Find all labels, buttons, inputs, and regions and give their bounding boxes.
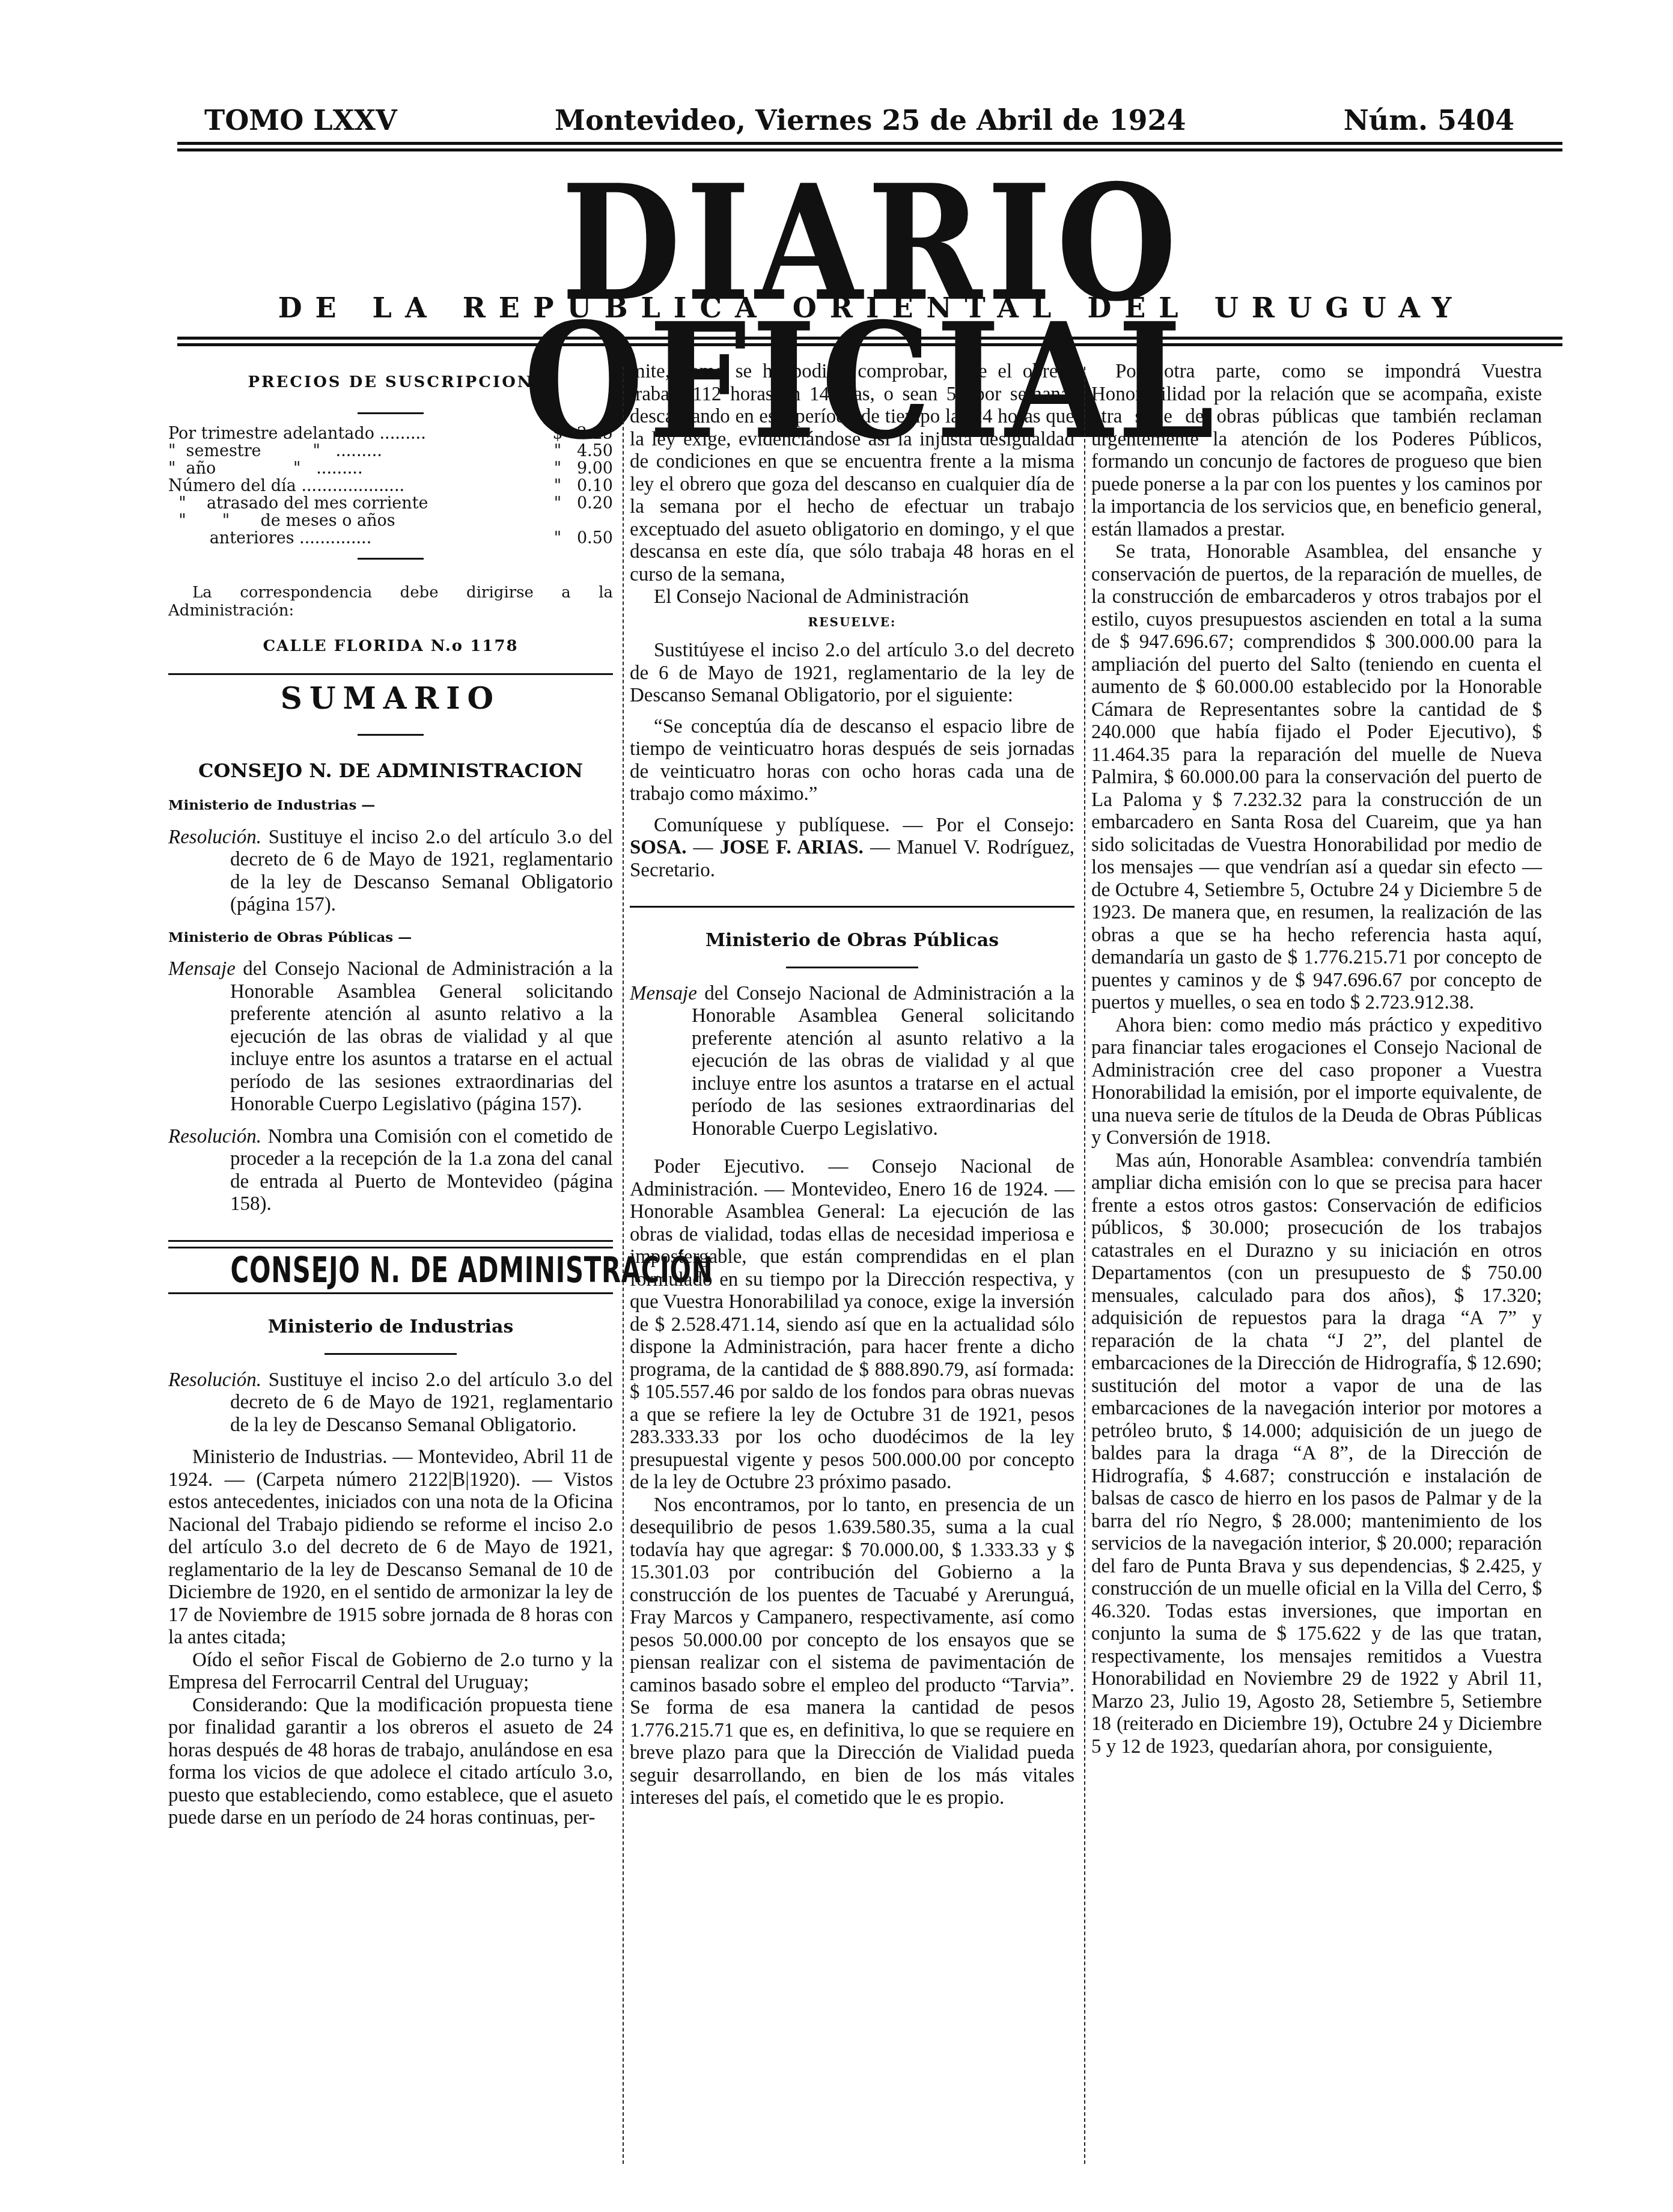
issue-number: Núm. 5404 xyxy=(1344,104,1514,136)
divider xyxy=(168,1247,613,1248)
divider xyxy=(325,1353,457,1355)
ministry-heading: Ministerio de Industrias xyxy=(168,1316,613,1339)
quoted-text: “Se conceptúa día de descanso el espacio… xyxy=(630,716,1074,806)
body-paragraph: Mas aún, Honorable Asamblea: convendría … xyxy=(1091,1150,1542,1759)
sumario-entry[interactable]: Resolución. Sustituye el inciso 2.o del … xyxy=(168,826,613,917)
price-row: " año " ........."9.00 xyxy=(168,460,613,477)
resolution-summary: Resolución. Sustituye el inciso 2.o del … xyxy=(168,1369,613,1437)
column-3: Por otra parte, como se impondrá Vuestra… xyxy=(1091,361,1542,1758)
signature-block: Comuníquese y publíquese. — Por el Conse… xyxy=(630,814,1074,882)
correspondence-note: La correspondencia debe dirigirse a la A… xyxy=(168,584,613,620)
body-paragraph: Ministerio de Industrias. — Montevideo, … xyxy=(168,1446,613,1649)
section-banner: CONSEJO N. DE ADMINISTRACIÓN xyxy=(231,1259,551,1282)
prices-table: Por trimestre adelantado .........$2.25 … xyxy=(168,425,613,547)
body-paragraph: Sustitúyese el inciso 2.o del artículo 3… xyxy=(630,640,1074,707)
divider xyxy=(168,1292,613,1294)
issue-date: Montevideo, Viernes 25 de Abril de 1924 xyxy=(555,104,1186,136)
body-paragraph: El Consejo Nacional de Administración xyxy=(630,586,1074,609)
divider xyxy=(358,734,424,736)
divider xyxy=(786,967,918,968)
header-rule-bottom xyxy=(177,337,1562,346)
sumario-entry[interactable]: Mensaje del Consejo Nacional de Administ… xyxy=(168,958,613,1116)
column-1: PRECIOS DE SUSCRIPCION Por trimestre ade… xyxy=(168,361,613,1830)
column-2: mite, como se ha podido comprobar, que e… xyxy=(630,361,1074,1810)
column-divider xyxy=(1084,367,1085,2164)
price-row: " " de meses o años xyxy=(168,512,613,530)
body-paragraph: Nos encontramos, por lo tanto, en presen… xyxy=(630,1494,1074,1810)
body-paragraph: Oído el señor Fiscal de Gobierno de 2.o … xyxy=(168,1649,613,1694)
resuelve-heading: RESUELVE: xyxy=(630,611,1074,634)
body-paragraph: Por otra parte, como se impondrá Vuestra… xyxy=(1091,361,1542,541)
price-row: " atrasado del mes corriente"0.20 xyxy=(168,495,613,512)
price-row: anteriores .............."0.50 xyxy=(168,530,613,547)
masthead-subtitle: DE LA REPUBLICA ORIENTAL DEL URUGUAY xyxy=(204,292,1538,324)
issue-header: TOMO LXXV Montevideo, Viernes 25 de Abri… xyxy=(204,96,1514,144)
price-row: " semestre " ........."4.50 xyxy=(168,442,613,460)
ministry-heading: Ministerio de Obras Públicas xyxy=(630,929,1074,952)
address: CALLE FLORIDA N.o 1178 xyxy=(168,635,613,658)
body-paragraph: mite, como se ha podido comprobar, que e… xyxy=(630,361,1074,586)
sumario-title: SUMARIO xyxy=(168,687,613,710)
sumario-entry[interactable]: Resolución. Nombra una Comisión con el c… xyxy=(168,1126,613,1216)
sumario-ministry-heading: Ministerio de Industrias — xyxy=(168,794,613,817)
body-paragraph: Considerando: Que la modificación propue… xyxy=(168,1694,613,1830)
sumario-org-heading: CONSEJO N. DE ADMINISTRACION xyxy=(168,760,613,783)
divider xyxy=(358,558,424,560)
prices-title: PRECIOS DE SUSCRIPCION xyxy=(168,371,613,394)
divider xyxy=(358,412,424,414)
divider xyxy=(630,906,1074,908)
price-row: Por trimestre adelantado .........$2.25 xyxy=(168,425,613,442)
body-paragraph: Se trata, Honorable Asamblea, del ensanc… xyxy=(1091,541,1542,1015)
sumario-ministry-heading: Ministerio de Obras Públicas — xyxy=(168,926,613,949)
body-paragraph: Poder Ejecutivo. — Consejo Nacional de A… xyxy=(630,1156,1074,1494)
volume-label: TOMO LXXV xyxy=(204,104,397,136)
message-summary: Mensaje del Consejo Nacional de Administ… xyxy=(630,983,1074,1141)
price-row: Número del día ...................."0.10 xyxy=(168,477,613,495)
divider xyxy=(168,1240,613,1242)
divider xyxy=(168,673,613,675)
body-paragraph: Ahora bien: como medio más práctico y ex… xyxy=(1091,1015,1542,1150)
